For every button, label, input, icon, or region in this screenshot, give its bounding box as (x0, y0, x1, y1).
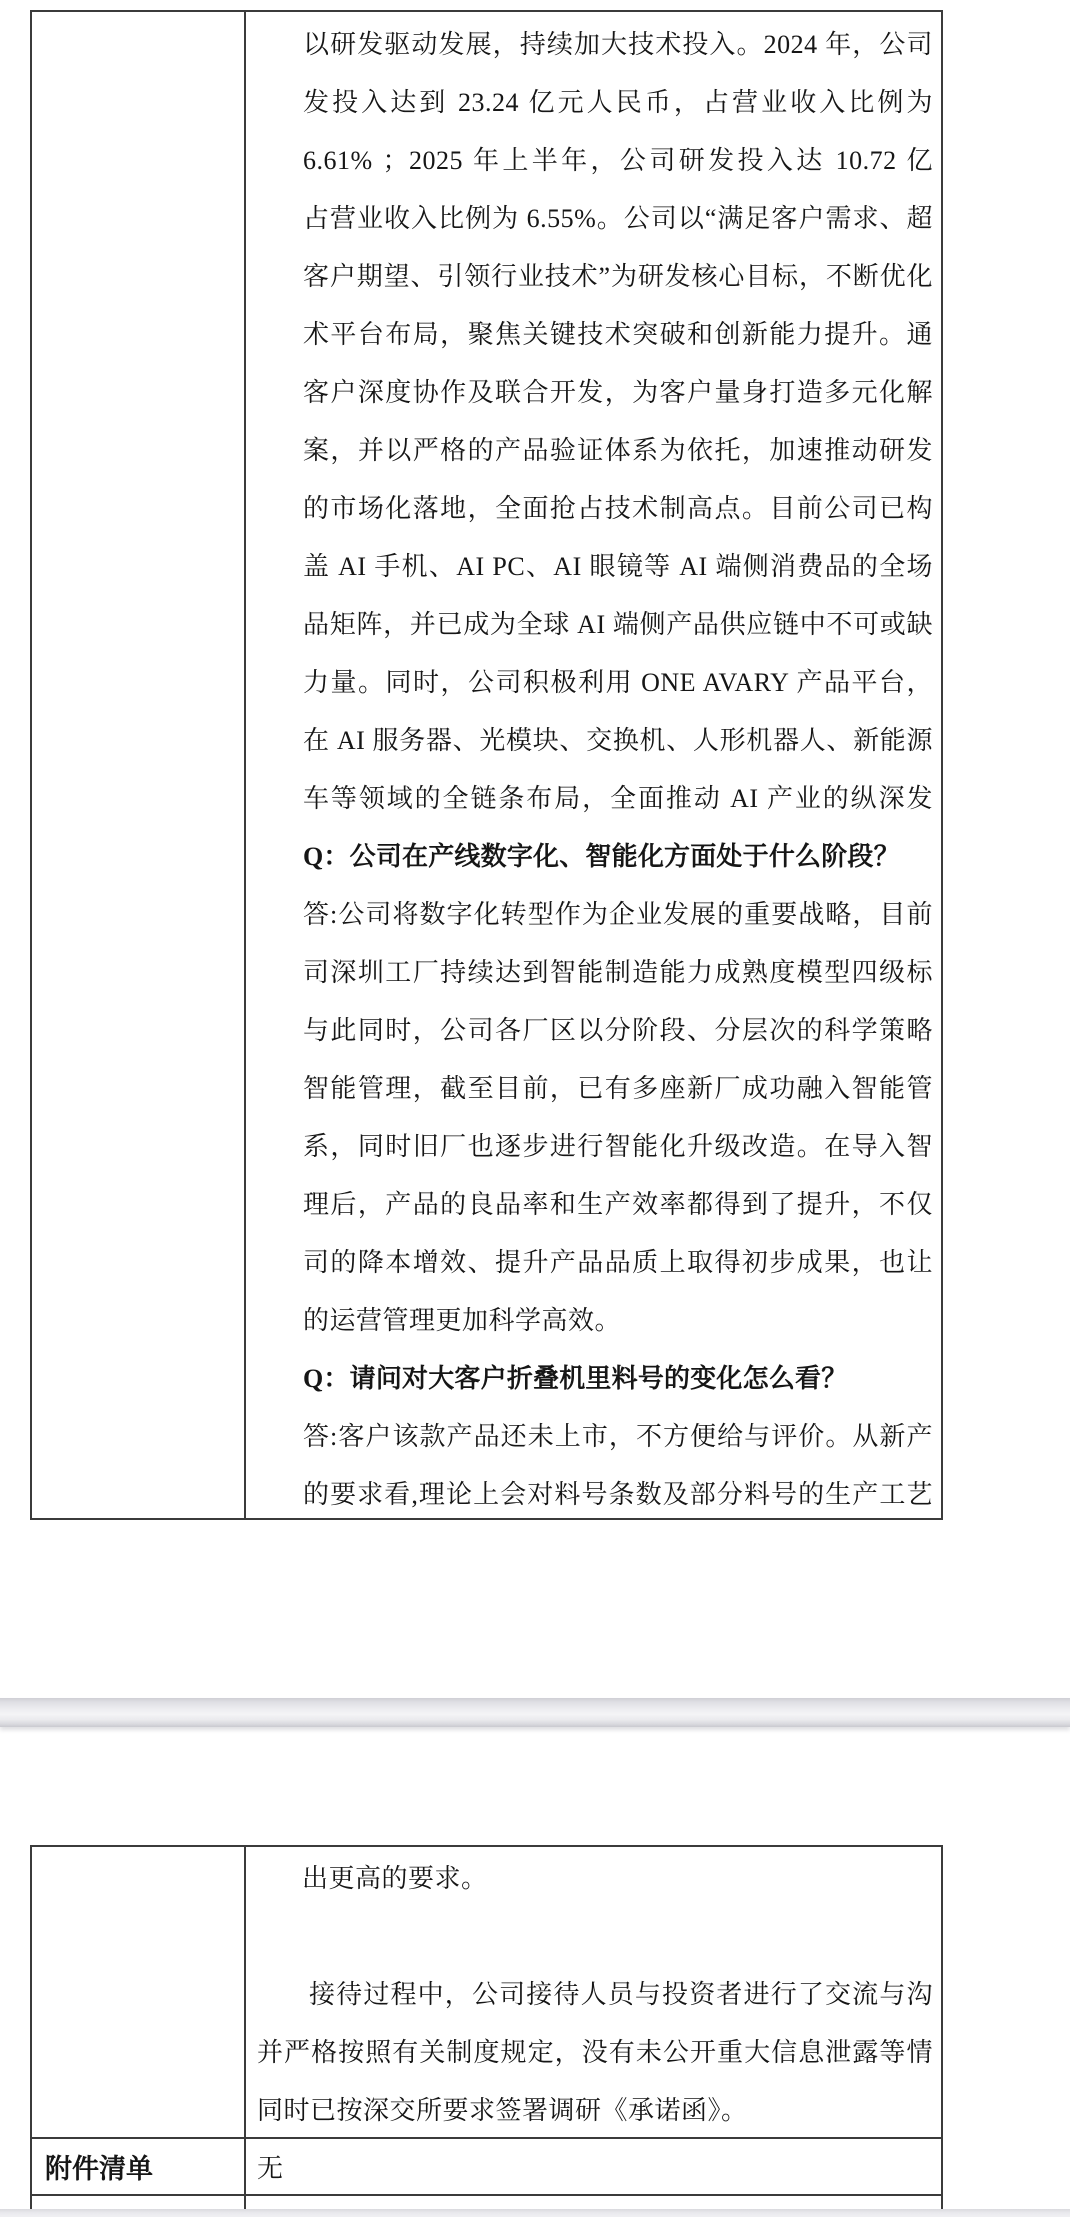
text-line: 答:公司将数字化转型作为企业发展的重要战略，目前公 (303, 886, 933, 944)
qa-table-page1: 以研发驱动发展，持续加大技术投入。2024 年，公司研发投入达到 23.24 亿… (30, 10, 943, 1520)
text-line: 占营业收入比例为 6.55%。公司以“满足客户需求、超越 (303, 190, 933, 248)
text-line: 6.61% ；2025 年上半年，公司研发投入达 10.72 亿元， (303, 132, 933, 190)
attachment-label: 附件清单 (32, 2139, 246, 2194)
attachment-value: 无 (246, 2139, 941, 2194)
text-line: 案，并以严格的产品验证体系为依托，加速推动研发成果 (303, 422, 933, 480)
document-page: 以研发驱动发展，持续加大技术投入。2024 年，公司研发投入达到 23.24 亿… (0, 0, 1070, 2217)
text-line: 答:客户该款产品还未上市，不方便给与评价。从新产品 (303, 1408, 933, 1466)
text-line: 客户深度协作及联合开发，为客户量身打造多元化解决方 (303, 364, 933, 422)
text-line: 出更高的要求。 (257, 1850, 933, 1908)
text-line (257, 1908, 933, 1966)
text-line: 司深圳工厂持续达到智能制造能力成熟度模型四级标准。 (303, 944, 933, 1002)
text-line: 同时已按深交所要求签署调研《承诺函》。 (257, 2082, 933, 2137)
text-line: 在 AI 服务器、光模块、交换机、人形机器人、新能源汽 (303, 712, 933, 770)
page-separator (0, 1698, 1070, 1727)
text-line: 发投入达到 23.24 亿元人民币，占营业收入比例为 (303, 74, 933, 132)
qa-table-label-cell-empty (32, 1847, 246, 2137)
text-line: 盖 AI 手机、AI PC、AI 眼镜等 AI 端侧消费品的全场景产 (303, 538, 933, 596)
text-line: 司的降本增效、提升产品品质上取得初步成果，也让公司 (303, 1234, 933, 1292)
text-line: 的要求看,理论上会对料号条数及部分料号的生产工艺提 (303, 1466, 933, 1518)
text-line: 与此同时，公司各厂区以分阶段、分层次的科学策略导入 (303, 1002, 933, 1060)
text-line: 接待过程中，公司接待人员与投资者进行了交流与沟通， (257, 1966, 933, 2024)
text-line: 并严格按照有关制度规定，没有未公开重大信息泄露等情况， (257, 2024, 933, 2082)
closing-remarks-cell: 出更高的要求。 接待过程中，公司接待人员与投资者进行了交流与沟通，并严格按照有关… (246, 1847, 941, 2137)
text-line: 品矩阵，并已成为全球 AI 端侧产品供应链中不可或缺的 (303, 596, 933, 654)
text-line: 智能管理，截至目前，已有多座新厂成功融入智能管理体 (303, 1060, 933, 1118)
text-line: Q：请问对大客户折叠机里料号的变化怎么看？ (303, 1350, 933, 1408)
text-line: 术平台布局，聚焦关键技术突破和创新能力提升。通过与 (303, 306, 933, 364)
text-line: 以研发驱动发展，持续加大技术投入。2024 年，公司研 (303, 16, 933, 74)
text-line: 系，同时旧厂也逐步进行智能化升级改造。在导入智能管 (303, 1118, 933, 1176)
page-separator-partial (0, 2209, 1070, 2217)
text-line: 车等领域的全链条布局，全面推动 AI 产业的纵深发展。 (303, 770, 933, 828)
text-line: Q：公司在产线数字化、智能化方面处于什么阶段？ (303, 828, 933, 886)
text-line: 的市场化落地，全面抢占技术制高点。目前公司已构建覆 (303, 480, 933, 538)
qa-table-content-cell: 以研发驱动发展，持续加大技术投入。2024 年，公司研发投入达到 23.24 亿… (246, 12, 941, 1518)
text-line: 的运营管理更加科学高效。 (303, 1292, 933, 1350)
text-line: 客户期望、引领行业技术”为研发核心目标，不断优化技 (303, 248, 933, 306)
qa-table-label-cell-empty (32, 12, 246, 1518)
attachment-row: 附件清单 无 (32, 2139, 941, 2196)
text-line: 理后，产品的良品率和生产效率都得到了提升，不仅在公 (303, 1176, 933, 1234)
text-line: 力量。同时，公司积极利用 ONE AVARY 产品平台，加快了 (303, 654, 933, 712)
table-row: 出更高的要求。 接待过程中，公司接待人员与投资者进行了交流与沟通，并严格按照有关… (32, 1847, 941, 2139)
qa-table-page2: 出更高的要求。 接待过程中，公司接待人员与投资者进行了交流与沟通，并严格按照有关… (30, 1845, 943, 2217)
